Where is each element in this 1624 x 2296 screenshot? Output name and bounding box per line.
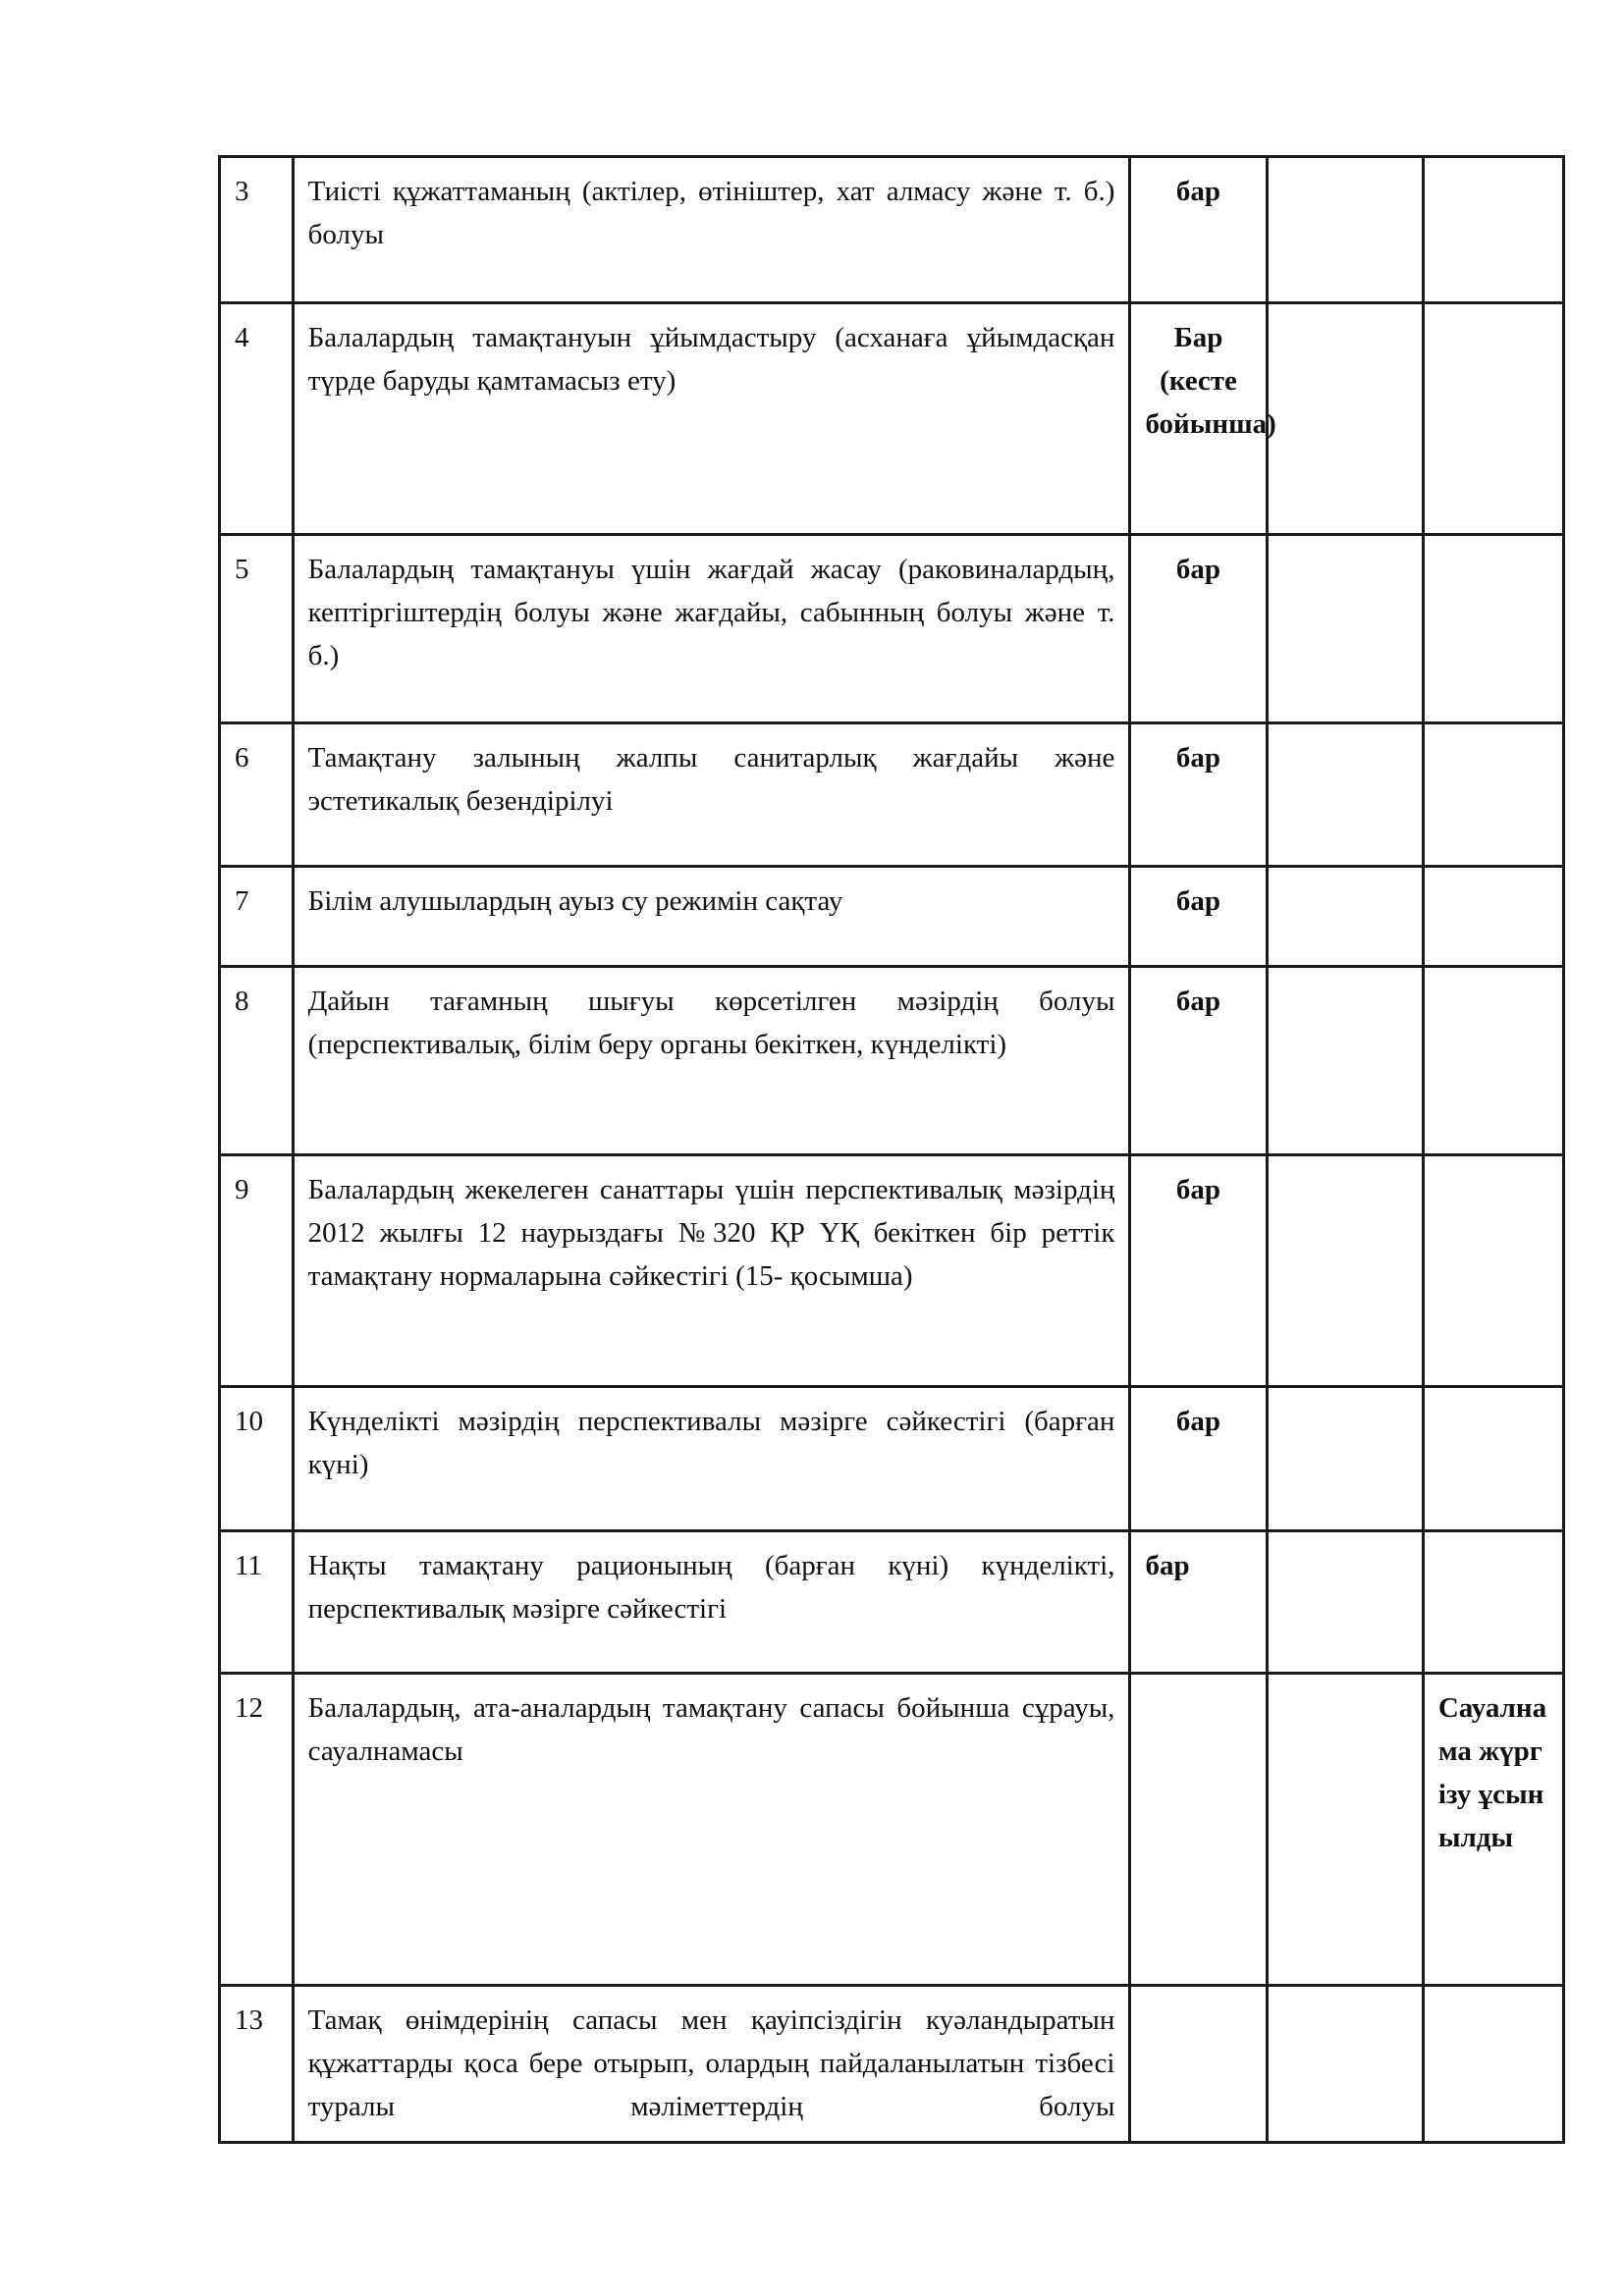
row-col4 [1267,1387,1423,1531]
row-number: 12 [220,1674,294,1986]
table-row: 5 Балалардың тамақтануы үшін жағдай жаса… [220,535,1564,723]
row-status: бар [1130,1531,1267,1674]
row-description: Балалардың жекелеген санаттары үшін перс… [293,1155,1130,1387]
table-row: 11 Нақты тамақтану рационының (барған кү… [220,1531,1564,1674]
row-description: Тамақ өнімдерінің сапасы мен қауіпсіздіг… [293,1986,1130,2143]
row-description: Күнделікті мәзірдің перспективалы мәзірг… [293,1387,1130,1531]
row-description: Балалардың тамақтануы үшін жағдай жасау … [293,535,1130,723]
row-col4 [1267,157,1423,303]
row-description: Балалардың, ата-аналардың тамақтану сапа… [293,1674,1130,1986]
row-status: бар [1130,967,1267,1155]
row-note [1423,157,1563,303]
row-status [1130,1986,1267,2143]
row-number: 8 [220,967,294,1155]
row-note [1423,723,1563,867]
row-status [1130,1674,1267,1986]
row-number: 5 [220,535,294,723]
row-status: бар [1130,723,1267,867]
row-col4 [1267,303,1423,535]
row-number: 11 [220,1531,294,1674]
table-row: 3 Тиісті құжаттаманың (актілер, өтініште… [220,157,1564,303]
row-status: бар [1130,1155,1267,1387]
table-row: 6 Тамақтану залының жалпы санитарлық жағ… [220,723,1564,867]
row-col4 [1267,535,1423,723]
row-description: Білім алушылардың ауыз су режимін сақтау [293,867,1130,967]
row-col4 [1267,1155,1423,1387]
row-status: бар [1130,535,1267,723]
row-description: Балалардың тамақтануын ұйымдастыру (асха… [293,303,1130,535]
row-note [1423,1155,1563,1387]
row-description: Тиісті құжаттаманың (актілер, өтініштер,… [293,157,1130,303]
row-number: 13 [220,1986,294,2143]
row-description: Тамақтану залының жалпы санитарлық жағда… [293,723,1130,867]
row-description: Нақты тамақтану рационының (барған күні)… [293,1531,1130,1674]
row-status: Бар (кесте бойынша) [1130,303,1267,535]
row-col4 [1267,1674,1423,1986]
row-status: бар [1130,1387,1267,1531]
table-row: 8 Дайын тағамның шығуы көрсетілген мәзір… [220,967,1564,1155]
table-row: 12 Балалардың, ата-аналардың тамақтану с… [220,1674,1564,1986]
row-number: 9 [220,1155,294,1387]
row-note [1423,535,1563,723]
checklist-table: 3 Тиісті құжаттаманың (актілер, өтініште… [218,155,1565,2144]
row-note [1423,1387,1563,1531]
row-number: 3 [220,157,294,303]
row-note [1423,1531,1563,1674]
row-number: 7 [220,867,294,967]
row-col4 [1267,723,1423,867]
row-status: бар [1130,157,1267,303]
table-row: 13 Тамақ өнімдерінің сапасы мен қауіпсіз… [220,1986,1564,2143]
row-col4 [1267,967,1423,1155]
row-description: Дайын тағамның шығуы көрсетілген мәзірді… [293,967,1130,1155]
table-row: 4 Балалардың тамақтануын ұйымдастыру (ас… [220,303,1564,535]
table-row: 9 Балалардың жекелеген санаттары үшін пе… [220,1155,1564,1387]
row-note: Сауалнама жүргізу ұсынылды [1423,1674,1563,1986]
row-number: 6 [220,723,294,867]
table-row: 10 Күнделікті мәзірдің перспективалы мәз… [220,1387,1564,1531]
row-col4 [1267,1531,1423,1674]
row-col4 [1267,1986,1423,2143]
table-row: 7 Білім алушылардың ауыз су режимін сақт… [220,867,1564,967]
row-note [1423,867,1563,967]
row-status: бар [1130,867,1267,967]
row-col4 [1267,867,1423,967]
row-number: 4 [220,303,294,535]
row-note [1423,967,1563,1155]
row-note [1423,303,1563,535]
row-note [1423,1986,1563,2143]
row-number: 10 [220,1387,294,1531]
